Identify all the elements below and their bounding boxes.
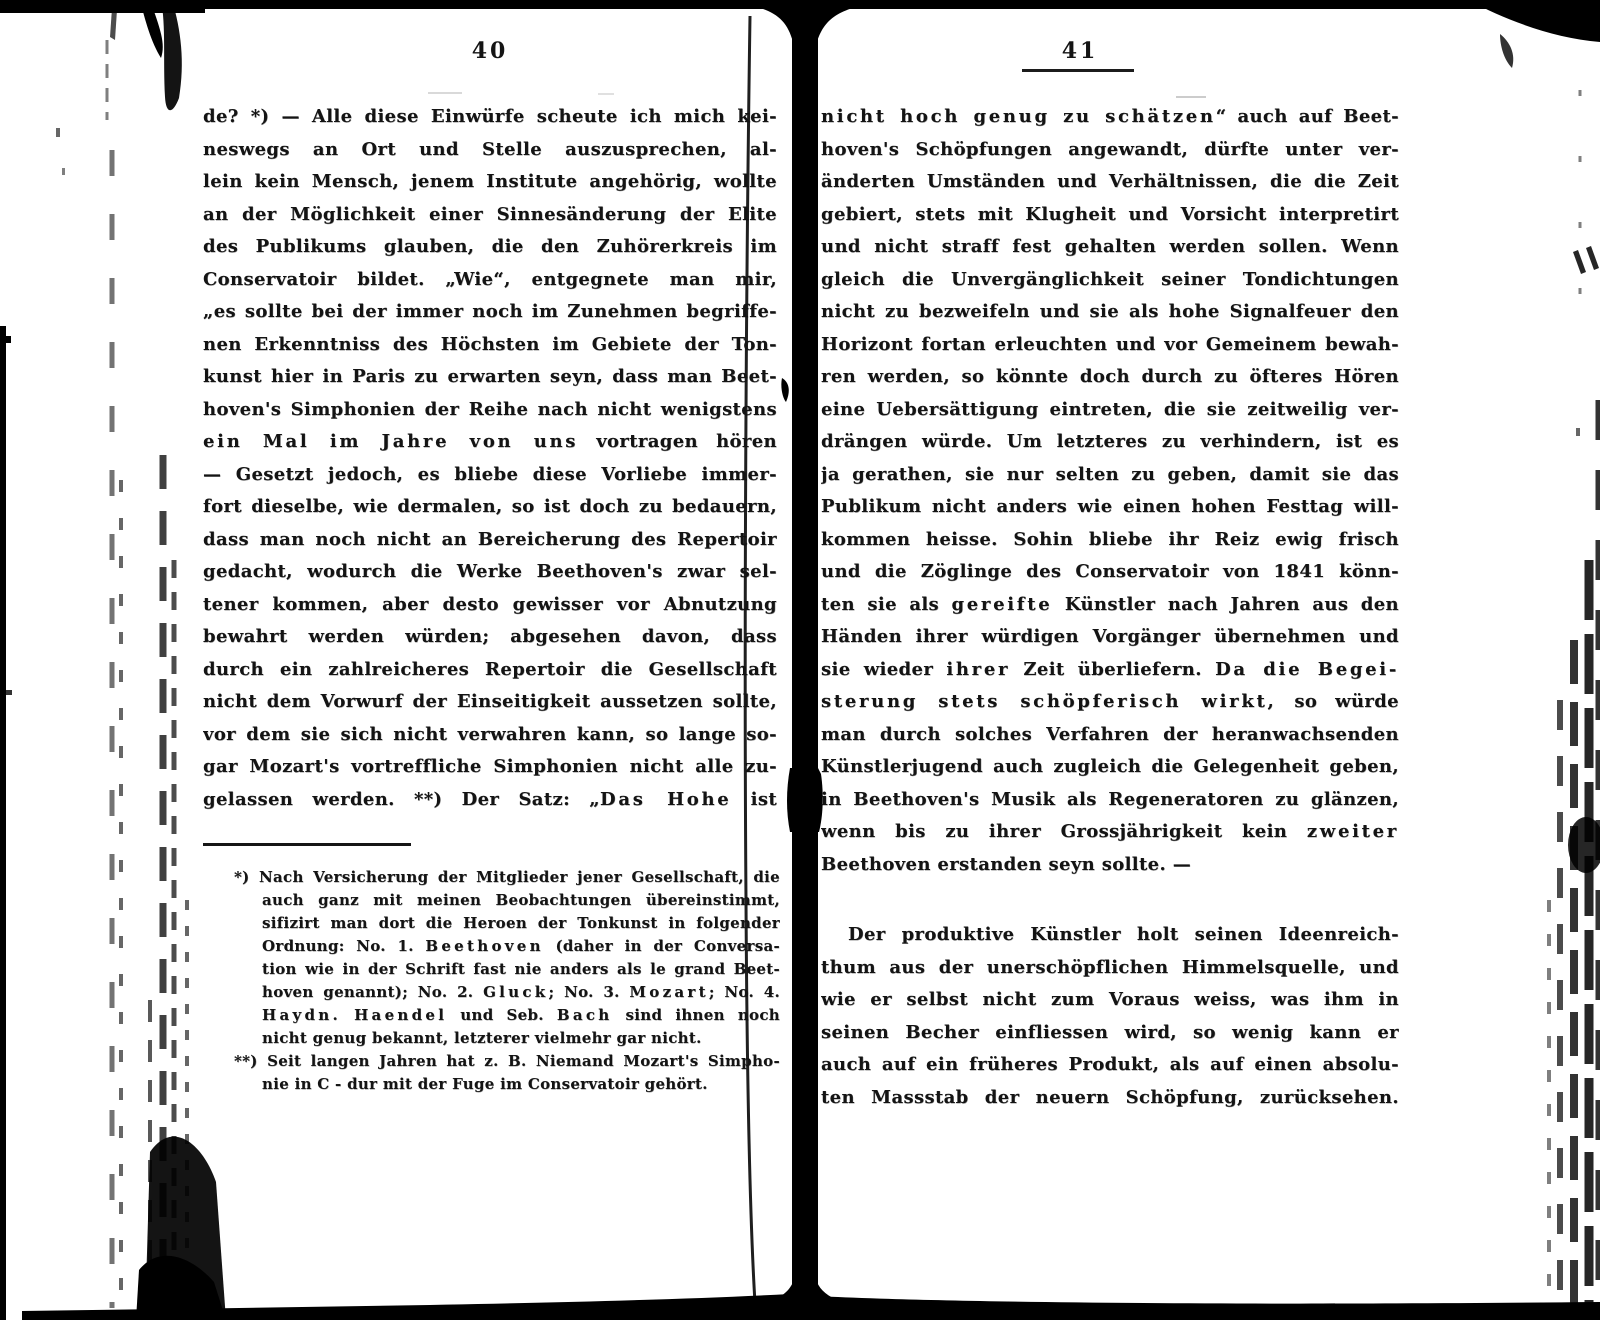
text-line: kommen heisse. Sohin bliebe ihr Reiz ewi… — [821, 524, 1399, 557]
text-line: thum aus der unerschöpflichen Himmelsque… — [821, 952, 1399, 985]
right-page-second-paragraph: Der produktive Künstler holt seinen Idee… — [821, 919, 1399, 1114]
text-line: Der produktive Künstler holt seinen Idee… — [821, 919, 1399, 952]
text-line: ren werden, so könnte doch durch zu öfte… — [821, 361, 1399, 394]
text-line: Horizont fortan erleuchten und vor Gemei… — [821, 329, 1399, 362]
text-line: wenn bis zu ihrer Grossjährigkeit kein z… — [821, 816, 1399, 849]
text-line: sifizirt man dort die Heroen der Tonkuns… — [232, 912, 780, 935]
text-line: hoven's Schöpfungen angewandt, dürfte un… — [821, 134, 1399, 167]
text-line: sie wieder ihrer Zeit überliefern. Da di… — [821, 654, 1399, 687]
text-line: de? *) — Alle diese Einwürfe scheute ich… — [203, 101, 777, 134]
text-line: hoven's Simphonien der Reihe nach nicht … — [203, 394, 777, 427]
page-number-right: 41 — [821, 38, 1335, 72]
text-line: — Gesetzt jedoch, es bliebe diese Vorlie… — [203, 459, 777, 492]
text-line: gebiert, stets mit Klugheit und Vorsicht… — [821, 199, 1399, 232]
text-line: nie in C - dur mit der Fuge im Conservat… — [232, 1073, 780, 1096]
text-line: gedacht, wodurch die Werke Beethoven's z… — [203, 556, 777, 589]
text-line: an der Möglichkeit einer Sinnesänderung … — [203, 199, 777, 232]
text-line: sterung stets schöpferisch wirkt, so wür… — [821, 686, 1399, 719]
page-number-right-value: 41 — [1022, 38, 1135, 72]
text-line: ten Massstab der neuern Schöpfung, zurüc… — [821, 1082, 1399, 1115]
text-line: kunst hier in Paris zu erwarten seyn, da… — [203, 361, 777, 394]
text-line: Künstlerjugend auch zugleich die Gelegen… — [821, 751, 1399, 784]
text-line: eine Uebersättigung eintreten, die sie z… — [821, 394, 1399, 427]
text-line: *) Nach Versicherung der Mitglieder jene… — [232, 866, 780, 889]
left-page-body-text: de? *) — Alle diese Einwürfe scheute ich… — [203, 101, 777, 816]
text-line: lein kein Mensch, jenem Institute angehö… — [203, 166, 777, 199]
text-line: Händen ihrer würdigen Vorgänger übernehm… — [821, 621, 1399, 654]
left-page-footnotes: *) Nach Versicherung der Mitglieder jene… — [232, 866, 780, 1096]
text-line: „es sollte bei der immer noch im Zunehme… — [203, 296, 777, 329]
text-line: und die Zöglinge des Conservatoir von 18… — [821, 556, 1399, 589]
text-line: änderten Umständen und Verhältnissen, di… — [821, 166, 1399, 199]
text-line: **) Seit langen Jahren hat z. B. Niemand… — [232, 1050, 780, 1073]
text-line: ten sie als gereifte Künstler nach Jahre… — [821, 589, 1399, 622]
text-line: nen Erkenntniss des Höchsten im Gebiete … — [203, 329, 777, 362]
text-line: nicht genug bekannt, letzterer vielmehr … — [232, 1027, 780, 1050]
text-line: nicht hoch genug zu schätzen“ auch auf B… — [821, 101, 1399, 134]
text-line: Beethoven erstanden seyn sollte. — — [821, 849, 1399, 882]
book-scan-spread: { "colors": { "paper": "#ffffff", "ink":… — [0, 0, 1600, 1320]
text-line: nicht zu bezweifeln und sie als hohe Sig… — [821, 296, 1399, 329]
text-line: gleich die Unvergänglichkeit seiner Tond… — [821, 264, 1399, 297]
text-line: tion wie in der Schrift fast nie anders … — [232, 958, 780, 981]
text-line: nicht dem Vorwurf der Einseitigkeit auss… — [203, 686, 777, 719]
text-line: und nicht straff fest gehalten werden so… — [821, 231, 1399, 264]
text-line: auch ganz mit meinen Beobachtungen übere… — [232, 889, 780, 912]
text-line: drängen würde. Um letzteres zu verhinder… — [821, 426, 1399, 459]
text-line: Ordnung: No. 1. Beethoven (daher in der … — [232, 935, 780, 958]
text-line: durch ein zahlreicheres Repertoir die Ge… — [203, 654, 777, 687]
footnote-separator-rule — [203, 843, 411, 846]
text-line: Conservatoir bildet. „Wie“, entgegnete m… — [203, 264, 777, 297]
page-number-left-value: 40 — [472, 38, 509, 64]
text-line: Publikum nicht anders wie einen hohen Fe… — [821, 491, 1399, 524]
text-line: bewahrt werden würden; abgesehen davon, … — [203, 621, 777, 654]
text-line: gelassen werden. **) Der Satz: „Das Hohe… — [203, 784, 777, 817]
text-line: wie er selbst nicht zum Voraus weiss, wa… — [821, 984, 1399, 1017]
text-line: gar Mozart's vortreffliche Simphonien ni… — [203, 751, 777, 784]
text-line: ja gerathen, sie nur selten zu geben, da… — [821, 459, 1399, 492]
page-number-left: 40 — [203, 38, 777, 64]
text-line: vor dem sie sich nicht verwahren kann, s… — [203, 719, 777, 752]
right-page-body-text: nicht hoch genug zu schätzen“ auch auf B… — [821, 101, 1399, 881]
text-line: man durch solches Verfahren der heranwac… — [821, 719, 1399, 752]
text-line: ein Mal im Jahre von uns vortragen hören… — [203, 426, 777, 459]
text-line: hoven genannt); No. 2. Gluck; No. 3. Moz… — [232, 981, 780, 1004]
text-line: neswegs an Ort und Stelle auszusprechen,… — [203, 134, 777, 167]
text-line: des Publikums glauben, die den Zuhörerkr… — [203, 231, 777, 264]
text-line: Haydn. Haendel und Seb. Bach sind ihnen … — [232, 1004, 780, 1027]
text-line: seinen Becher einfliessen wird, so wenig… — [821, 1017, 1399, 1050]
text-line: auch auf ein früheres Produkt, als auf e… — [821, 1049, 1399, 1082]
text-line: fort dieselbe, wie dermalen, so ist doch… — [203, 491, 777, 524]
text-line: in Beethoven's Musik als Regeneratoren z… — [821, 784, 1399, 817]
text-line: tener kommen, aber desto gewisser vor Ab… — [203, 589, 777, 622]
text-line: dass man noch nicht an Bereicherung des … — [203, 524, 777, 557]
